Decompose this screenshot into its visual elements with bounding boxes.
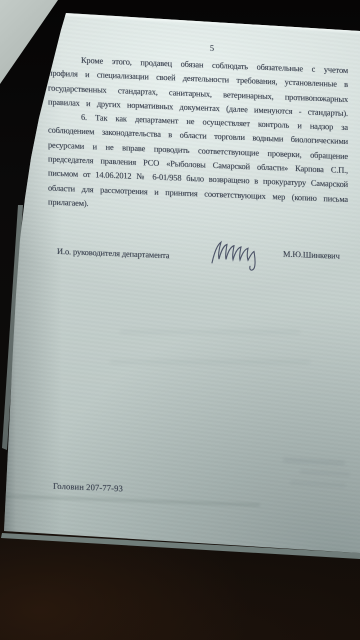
signature-title: И.о. руководителя департамента [57,246,169,262]
handwritten-signature [207,236,267,274]
photo-background: 5 Кроме этого, продавец обязан соблюдать… [0,0,360,640]
page-content: 5 Кроме этого, продавец обязан соблюдать… [34,36,360,504]
signature-name: М.Ю.Шинкевич [283,249,340,263]
paragraph-2: 6. Так как департамент не осуществляет к… [48,110,348,222]
paper-top-edge-highlight [60,13,360,35]
signature-row: И.о. руководителя департамента М.Ю.Шинке… [34,231,360,286]
